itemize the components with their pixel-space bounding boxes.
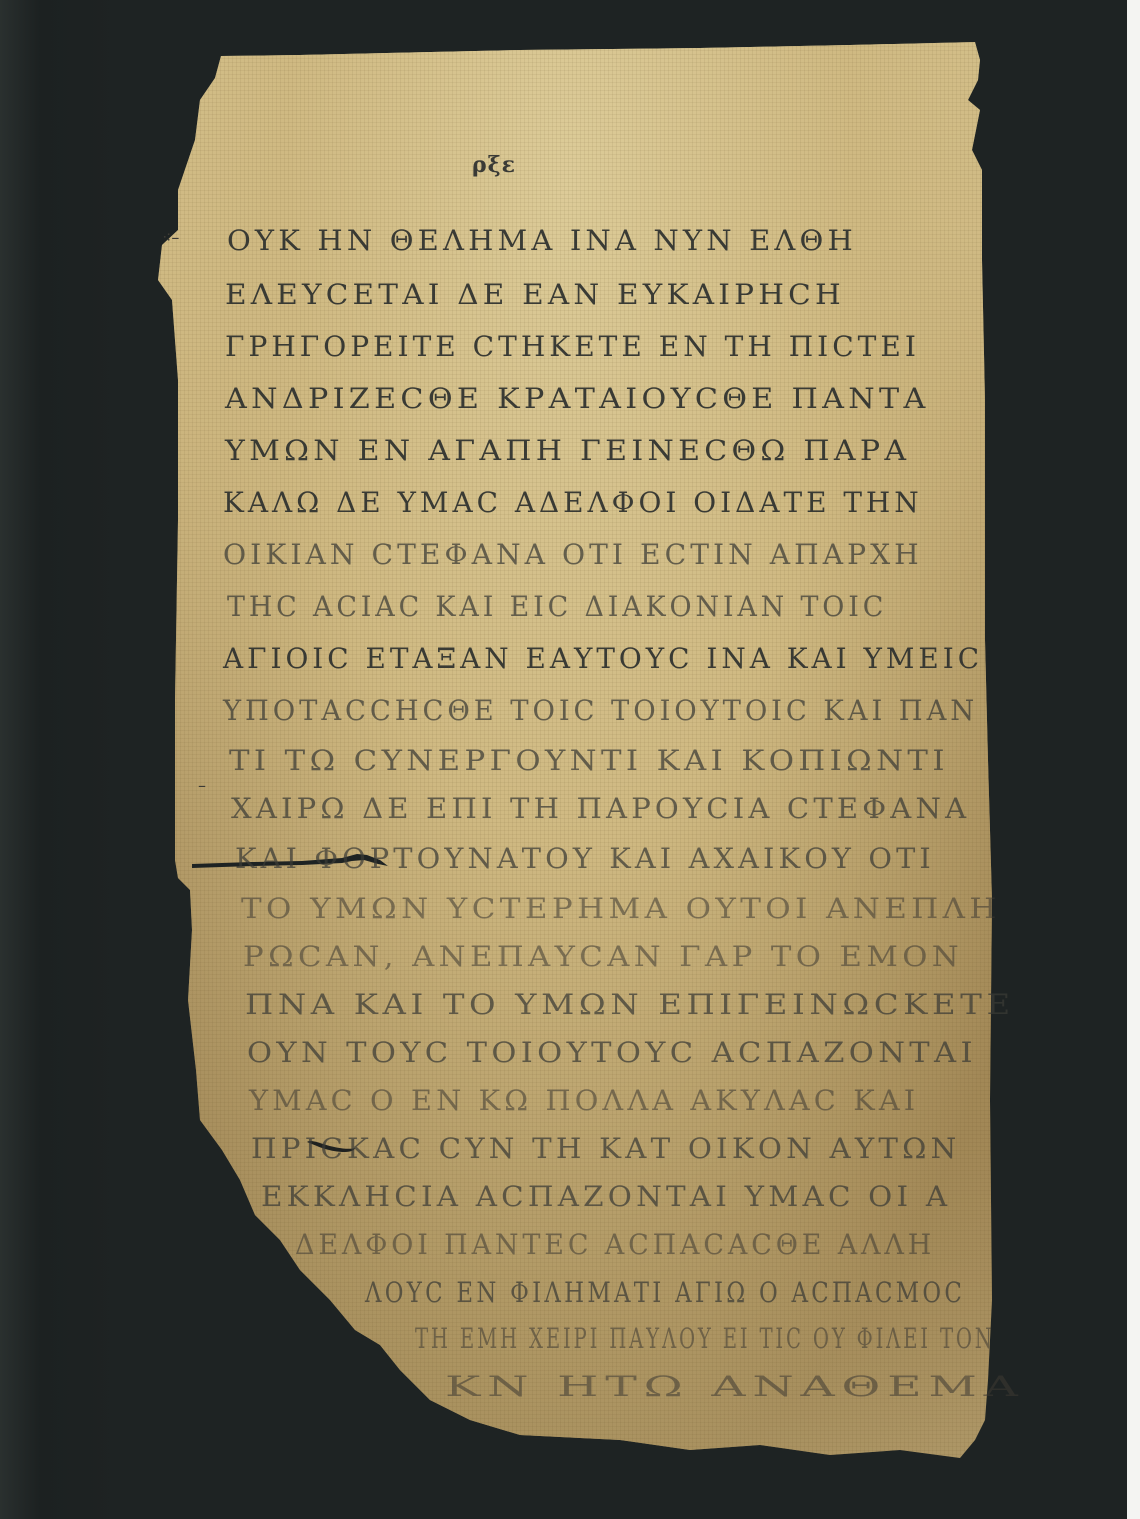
text-line: ΚΑΛΩ ΔΕ ΥΜΑC ΑΔΕΛΦΟΙ ΟΙΔΑΤΕ ΤΗΝ xyxy=(223,486,923,519)
page-margin xyxy=(1127,0,1140,1519)
text-line: ΟΥΚ ΗΝ ΘΕΛΗΜΑ ΙΝΑ ΝΥΝ ΕΛΘΗ xyxy=(227,224,857,257)
text-line: ΟΥΝ ΤΟΥC ΤΟΙΟΥΤΟΥC ΑCΠΑΖΟΝΤΑΙ xyxy=(247,1036,977,1069)
text-line: ΧΑΙΡΩ ΔΕ ΕΠΙ ΤΗ ΠΑΡΟΥCΙΑ CΤΕΦΑΝΑ xyxy=(231,792,970,825)
text-line: ΥΜΑC Ο ΕΝ ΚΩ ΠΟΛΛΑ ΑΚΥΛΑC ΚΑΙ xyxy=(249,1084,919,1117)
text-line: ΔΕΛΦΟΙ ΠΑΝΤΕC ΑCΠΑCΑCΘΕ ΑΛΛΗ xyxy=(295,1228,935,1261)
text-line: ΤΟ ΥΜΩΝ ΥCΤΕΡΗΜΑ ΟΥΤΟΙ ΑΝΕΠΛΗ xyxy=(241,892,1001,925)
text-line: ΥΜΩΝ ΕΝ ΑΓΑΠΗ ΓΕΙΝΕCΘΩ ΠΑΡΑ xyxy=(225,434,910,467)
text-line: ΕΛΕΥCΕΤΑΙ ΔΕ ΕΑΝ ΕΥΚΑΙΡΗCΗ xyxy=(225,278,845,311)
margin-mark: – xyxy=(198,776,206,795)
margin-mark: ⁖– xyxy=(162,228,179,247)
text-line: ΟΙΚΙΑΝ CΤΕΦΑΝΑ ΟΤΙ ΕCΤΙΝ ΑΠΑΡΧΗ xyxy=(223,538,923,571)
text-line: ΕΚΚΛΗCΙΑ ΑCΠΑΖΟΝΤΑΙ ΥΜΑC ΟΙ Α xyxy=(261,1180,951,1213)
text-line: ΑΓΙΟΙC ΕΤΑΞΑΝ ΕΑΥΤΟΥC ΙΝΑ ΚΑΙ ΥΜΕΙC xyxy=(223,642,983,675)
text-line: ΡΩCΑΝ, ΑΝΕΠΑΥCΑΝ ΓΑΡ ΤΟ ΕΜΟΝ xyxy=(243,940,963,973)
text-line: ΥΠΟΤΑCCΗCΘΕ ΤΟΙC ΤΟΙΟΥΤΟΙC ΚΑΙ ΠΑΝ xyxy=(223,694,978,727)
text-line: ΛΟΥC ΕΝ ΦΙΛΗΜΑΤΙ ΑΓΙΩ Ο ΑCΠΑCΜΟC xyxy=(365,1276,965,1309)
text-line: ΚΑΙ ΦΟΡΤΟΥΝΑΤΟΥ ΚΑΙ ΑΧΑΙΚΟΥ ΟΤΙ xyxy=(235,842,935,875)
text-line: ΑΝΔΡΙΖΕCΘΕ ΚΡΑΤΑΙΟΥCΘΕ ΠΑΝΤΑ xyxy=(225,382,930,415)
page-number: ρξε xyxy=(472,152,516,178)
text-line: ΤΗ ΕΜΗ ΧΕΙΡΙ ΠΑΥΛΟΥ ΕΙ ΤΙC ΟΥ ΦΙΛΕΙ ΤΟΝ xyxy=(415,1322,995,1355)
text-line: ΤΗC ΑCΙΑC ΚΑΙ ΕΙC ΔΙΑΚΟΝΙΑΝ ΤΟΙC xyxy=(227,590,887,623)
text-line: ΠΝΑ ΚΑΙ ΤΟ ΥΜΩΝ ΕΠΙΓΕΙΝΩCΚΕΤΕ xyxy=(245,988,1015,1021)
text-line: ΚΝ ΗΤΩ ΑΝΑΘΕΜΑ xyxy=(445,1370,1025,1403)
text-line: ΤΙ ΤΩ CΥΝΕΡΓΟΥΝΤΙ ΚΑΙ ΚΟΠΙΩΝΤΙ xyxy=(229,744,949,777)
text-line: ΠΡΙCΚΑC CΥΝ ΤΗ ΚΑΤ ΟΙΚΟΝ ΑΥΤΩΝ xyxy=(251,1132,960,1165)
text-line: ΓΡΗΓΟΡΕΙΤΕ CΤΗΚΕΤΕ ΕΝ ΤΗ ΠΙCΤΕΙ xyxy=(225,330,920,363)
